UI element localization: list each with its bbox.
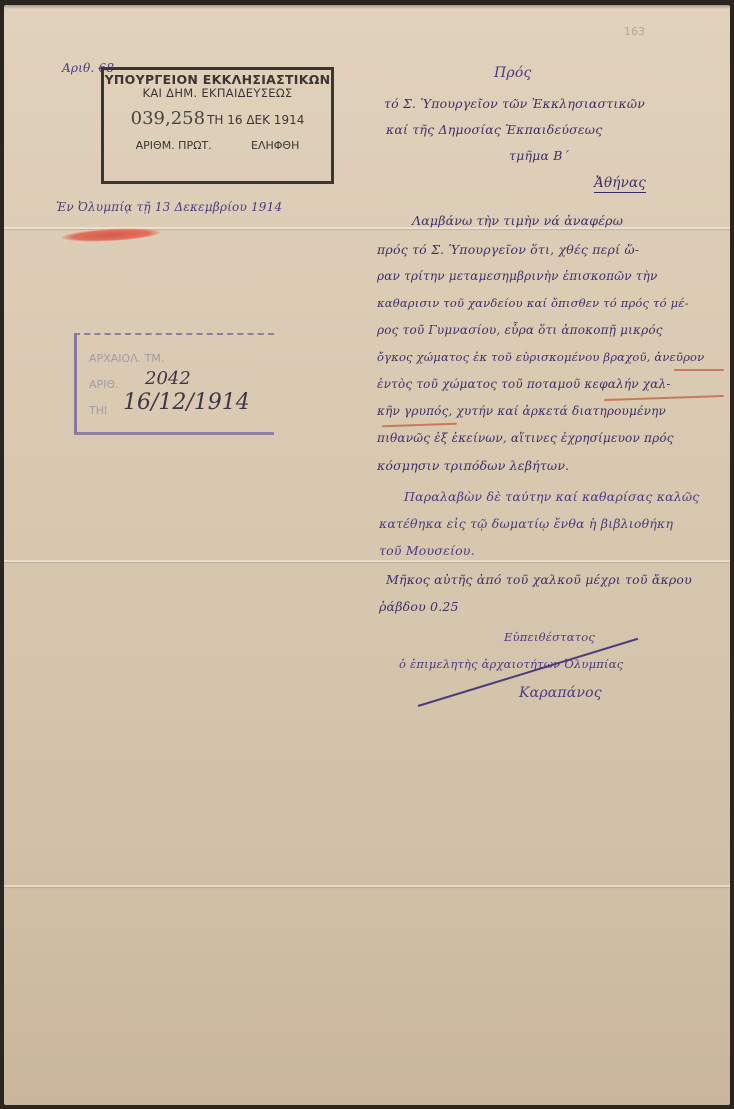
body-line: κατέθηκα εἰς τῷ δωματίῳ ἔνθα ἡ βιβλιοθήκ… (379, 516, 673, 531)
stamp-label-received: ΕΛΗΦΘΗ (251, 139, 299, 152)
body-line: Λαμβάνω τὴν τιμὴν νά ἀναφέρω (412, 213, 623, 228)
body-line: τοῦ Μουσείου. (379, 543, 475, 558)
stamp-protocol-number: 039,258 (131, 108, 205, 129)
addressee-pros: Πρός (494, 65, 532, 81)
addressee-city: Ἀθήνας (594, 175, 646, 193)
archive-stamp-number-label: ΑΡΙΘ. (89, 378, 119, 391)
stamp-received-date: ΤΗ 16 ΔΕΚ 1914 (207, 113, 304, 127)
archive-stamp-number-row: ΑΡΙΘ. 2042 (89, 378, 119, 391)
body-line: ῥάβδου 0.25 (379, 599, 459, 614)
body-line: κῆν γρυπός, χυτήν καί ἀρκετά διατηρουμέν… (377, 404, 666, 418)
addressee-line3: τμῆμα Β΄ (509, 148, 569, 163)
body-line: ραν τρίτην μεταμεσημβρινὴν ἐπισκοπῶν τὴν (377, 269, 658, 283)
margin-note-prefix: Αριθ. (62, 61, 94, 75)
closing-salutation: Εὐπειθέστατος (504, 630, 595, 644)
body-line: ὄγκος χώματος ἐκ τοῦ εὐρισκομένου βραχοῦ… (377, 350, 704, 364)
body-line: ἐντὸς τοῦ χώματος τοῦ ποταμοῦ κεφαλήν χα… (377, 377, 671, 391)
archive-stamp-date-value: 16/12/1914 (123, 390, 250, 415)
body-line: πρός τό Σ. Ὑπουργεῖον ὅτι, χθές περί ὥ- (377, 242, 639, 257)
signer-title: ὁ ἐπιμελητὴς ἀρχαιοτήτων Ὀλυμπίας (399, 657, 623, 671)
stamp-labels: ΑΡΙΘΜ. ΠΡΩΤ. ΕΛΗΦΘΗ (104, 139, 331, 152)
fold-line (4, 560, 730, 562)
stamp-label-protocol: ΑΡΙΘΜ. ΠΡΩΤ. (136, 139, 212, 152)
document-page: 163 Αριθ. 68 ΥΠΟΥΡΓΕΙΟΝ ΕΚΚΛΗΣΙΑΣΤΙΚΩΝ Κ… (4, 5, 730, 1105)
body-line: καθαρισιν τοῦ χανδείου καί ὄπισθεν τό πρ… (377, 296, 689, 310)
body-line: κόσμησιν τριπόδων λεβήτων. (377, 458, 569, 473)
addressee-line1: τό Σ. Ὑπουργεῖον τῶν Ἐκκλησιαστικῶν (384, 96, 645, 111)
archive-reference-number: 163 (624, 25, 645, 38)
archive-stamp-date-label: ΤΗΙ (89, 404, 107, 417)
archive-stamp-date-row: ΤΗΙ 16/12/1914 (89, 404, 107, 417)
scan-edge-shadow (4, 5, 730, 9)
ministry-receipt-stamp: ΥΠΟΥΡΓΕΙΟΝ ΕΚΚΛΗΣΙΑΣΤΙΚΩΝ ΚΑΙ ΔΗΜ. ΕΚΠΑΙ… (101, 67, 334, 184)
archive-stamp-dept: ΑΡΧΑΙΟΛ. ΤΜ. (89, 352, 164, 365)
signature: Καραπάνος (519, 685, 602, 701)
red-crayon-mark (62, 226, 160, 243)
body-line: ρος τοῦ Γυμνασίου, εὗρα ὅτι ἀποκοπῇ μικρ… (377, 323, 663, 337)
addressee-line2: καί τῆς Δημοσίας Ἐκπαιδεύσεως (386, 122, 602, 137)
place-and-date: Ἐν Ὀλυμπίᾳ τῇ 13 Δεκεμβρίου 1914 (56, 200, 282, 214)
stamp-protocol-row: 039,258 ΤΗ 16 ΔΕΚ 1914 (104, 108, 331, 129)
body-line: πιθανῶς ἐξ ἐκείνων, αἵτινες ἐχρησίμευον … (377, 431, 674, 445)
body-line: Παραλαβὼν δὲ ταύτην καί καθαρίσας καλῶς (404, 489, 700, 504)
orange-underline (674, 369, 724, 371)
archaeology-dept-stamp: ΑΡΧΑΙΟΛ. ΤΜ. ΑΡΙΘ. 2042 ΤΗΙ 16/12/1914 (74, 333, 274, 435)
stamp-ministry-line1: ΥΠΟΥΡΓΕΙΟΝ ΕΚΚΛΗΣΙΑΣΤΙΚΩΝ (104, 72, 331, 87)
archive-stamp-number-value: 2042 (145, 368, 191, 389)
body-line: Μῆκος αὐτῆς ἀπό τοῦ χαλκοῦ μέχρι τοῦ ἄκρ… (386, 572, 692, 587)
orange-underline (604, 395, 724, 401)
stamp-ministry-line2: ΚΑΙ ΔΗΜ. ΕΚΠΑΙΔΕΥΣΕΩΣ (104, 86, 331, 100)
orange-underline (382, 423, 457, 428)
fold-line (4, 885, 730, 887)
